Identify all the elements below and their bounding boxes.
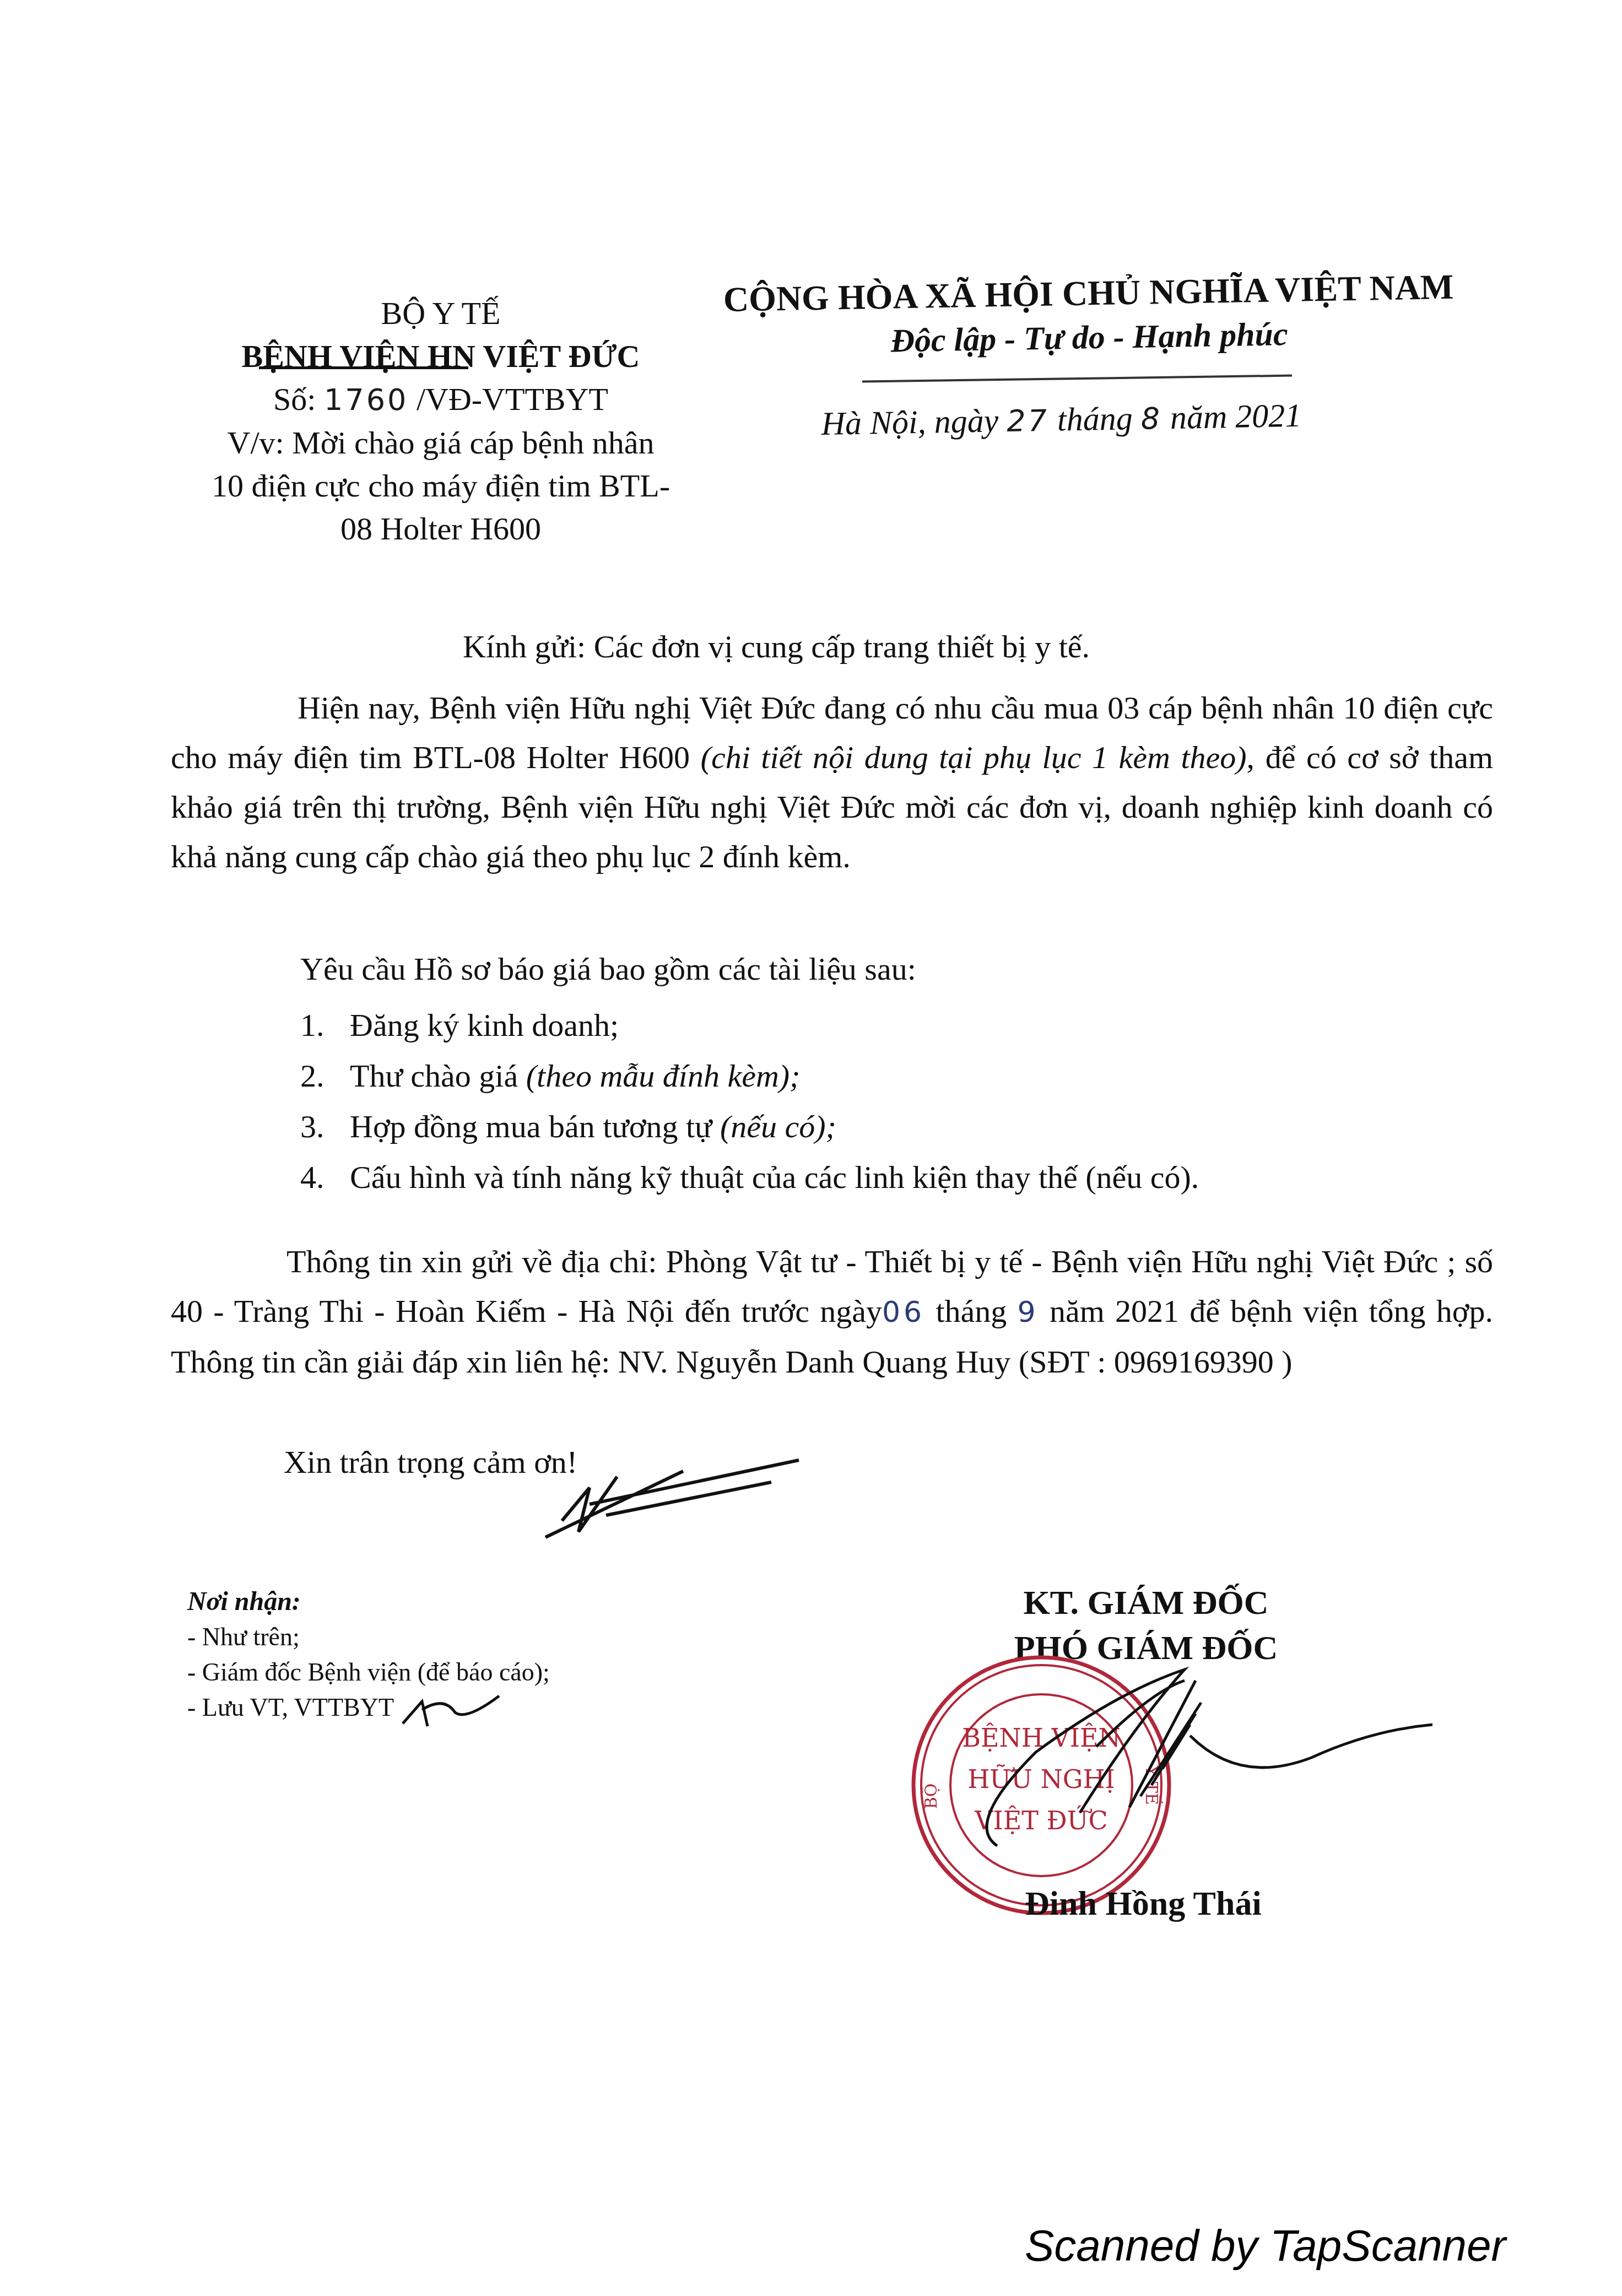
document-date: Hà Nội, ngày 27 tháng 8 năm 2021: [821, 397, 1302, 443]
hospital-underline: [259, 366, 468, 369]
paragraph-contact: Thông tin xin gửi về địa chỉ: Phòng Vật …: [171, 1237, 1493, 1387]
paragraph-request: Hiện nay, Bệnh viện Hữu nghị Việt Đức đa…: [171, 683, 1493, 882]
handwritten-day: 27: [1007, 403, 1050, 439]
svg-text:BỘ: BỘ: [921, 1784, 941, 1809]
scanner-watermark: Scanned by TapScanner: [1025, 2221, 1506, 2271]
signature-title-line-1: KT. GIÁM ĐỐC: [948, 1580, 1344, 1625]
initials-icon: [400, 1690, 505, 1729]
ministry-name: BỘ Y TẾ: [165, 292, 716, 335]
closing-line: Xin trân trọng cảm ơn!: [284, 1444, 577, 1481]
initial-signature-icon: [540, 1455, 804, 1543]
hospital-name: BỆNH VIỆN HN VIỆT ĐỨC: [165, 335, 716, 378]
appendix-reference: (chi tiết nội dung tại phụ lục 1 kèm the…: [701, 739, 1247, 775]
national-header: CỘNG HÒA XÃ HỘI CHỦ NGHĨA VIỆT NAM Độc l…: [689, 264, 1489, 366]
list-item: 3.Hợp đồng mua bán tương tự (nếu có);: [300, 1101, 1199, 1152]
list-item: 4.Cấu hình và tính năng kỹ thuật của các…: [300, 1152, 1199, 1203]
recipients-title: Nơi nhận:: [187, 1584, 550, 1619]
recipient-item: - Lưu VT, VTTBYT: [187, 1690, 550, 1729]
handwritten-month: 8: [1140, 401, 1162, 436]
signer-name: Đinh Hồng Thái: [1025, 1884, 1262, 1924]
recipient-item: - Như trên;: [187, 1619, 550, 1655]
handwritten-deadline-month: 9: [1018, 1296, 1039, 1329]
document-number: Số: 1760 /VĐ-VTTBYT: [165, 378, 716, 422]
recipient-item: - Giám đốc Bệnh viện (để báo cáo);: [187, 1655, 550, 1690]
salutation: Kính gửi: Các đơn vị cung cấp trang thiế…: [463, 628, 1090, 665]
subject-line-2: 10 điện cực cho máy điện tim BTL-: [165, 464, 716, 507]
list-item: 1.Đăng ký kinh doanh;: [300, 1000, 1199, 1051]
subject-line-1: V/v: Mời chào giá cáp bệnh nhân: [165, 422, 716, 464]
requirements-list: 1.Đăng ký kinh doanh; 2.Thư chào giá (th…: [300, 1000, 1199, 1203]
requirements-intro: Yêu cầu Hồ sơ báo giá bao gồm các tài li…: [300, 950, 916, 987]
director-signature-icon: [953, 1658, 1438, 1868]
handwritten-number: 1760: [324, 382, 408, 417]
agency-header: BỘ Y TẾ BỆNH VIỆN HN VIỆT ĐỨC Số: 1760 /…: [165, 292, 716, 550]
recipients: Nơi nhận: - Như trên; - Giám đốc Bệnh vi…: [187, 1584, 550, 1729]
subject-line-3: 08 Holter H600: [165, 507, 716, 550]
handwritten-deadline-day: 06: [882, 1296, 925, 1329]
list-item: 2.Thư chào giá (theo mẫu đính kèm);: [300, 1051, 1199, 1101]
motto-underline: [862, 375, 1292, 383]
